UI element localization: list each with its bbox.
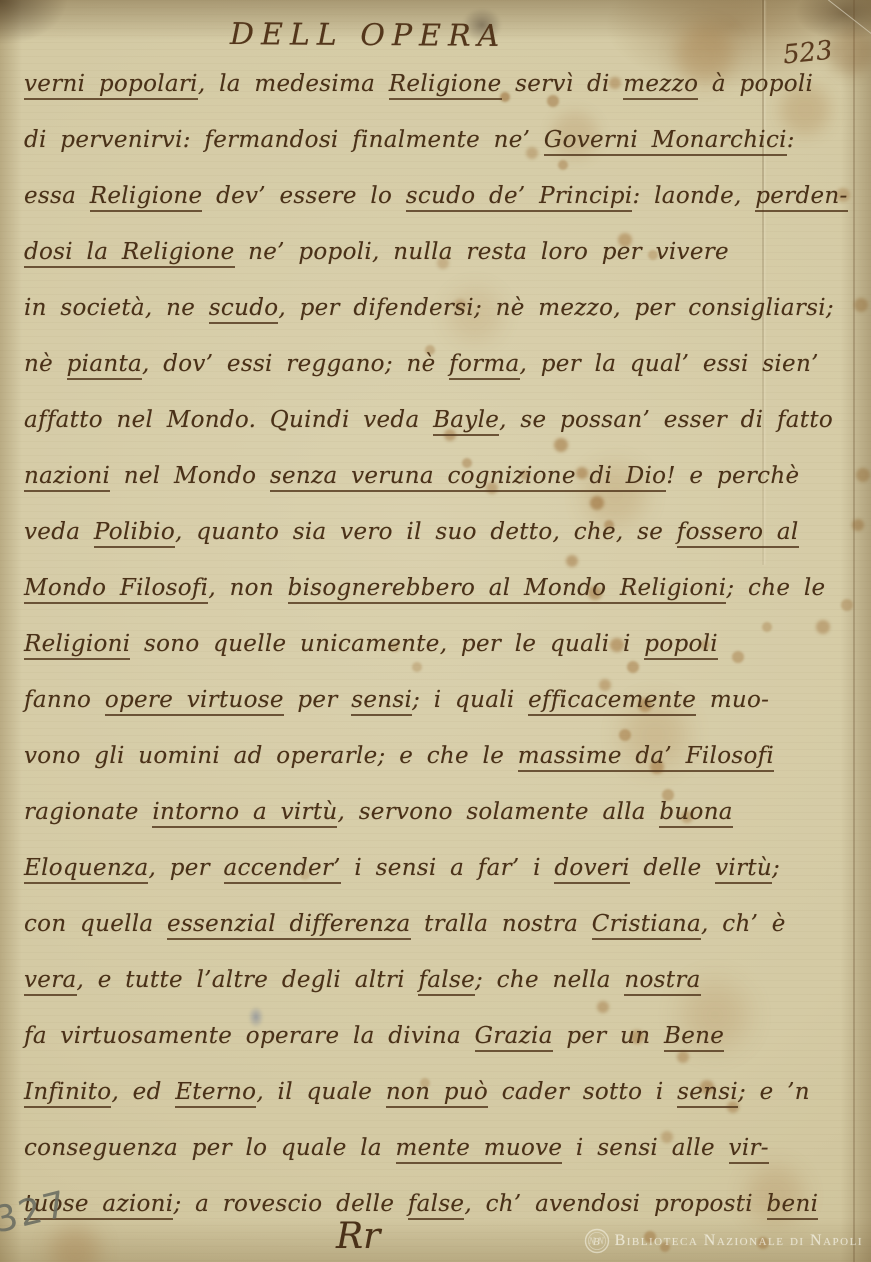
svg-text:N: N [596, 1236, 605, 1246]
manuscript-line: conseguenza per lo quale la mente muove … [24, 1120, 834, 1176]
paper-fiber [828, 0, 871, 37]
manuscript-line: Mondo Filosofi, non bisognerebbero al Mo… [24, 560, 834, 616]
manuscript-line: fanno opere virtuose per sensi; i quali … [24, 672, 834, 728]
manuscript-line: in società, ne scudo, per difendersi; nè… [24, 280, 834, 336]
manuscript-line: ragionate intorno a virtù, servono solam… [24, 784, 834, 840]
page-header-title: DELL OPERA [230, 17, 507, 54]
manuscript-line: Eloquenza, per accender’ i sensi a far’ … [24, 840, 834, 896]
library-watermark: B N N Biblioteca Nazionale di Napoli [584, 1228, 863, 1254]
manuscript-line: affatto nel Mondo. Quindi veda Bayle, se… [24, 392, 834, 448]
library-watermark-label: Biblioteca Nazionale di Napoli [615, 1232, 863, 1250]
manuscript-line: Infinito, ed Eterno, il quale non può ca… [24, 1064, 834, 1120]
manuscript-line: Religioni sono quelle unicamente, per le… [24, 616, 834, 672]
catchword: Rr [336, 1216, 380, 1257]
manuscript-line: dosi la Religione ne’ popoli, nulla rest… [24, 224, 834, 280]
manuscript-line: vono gli uomini ad operarle; e che le ma… [24, 728, 834, 784]
svg-text:N: N [587, 1236, 596, 1246]
manuscript-line: vera, e tutte l’altre degli altri false;… [24, 952, 834, 1008]
manuscript-line: essa Religione dev’ essere lo scudo de’ … [24, 168, 834, 224]
manuscript-line: fa virtuosamente operare la divina Grazi… [24, 1008, 834, 1064]
page-edge [853, 0, 855, 1262]
manuscript-page: DELL OPERA 523 verni popolari, la medesi… [0, 0, 871, 1262]
manuscript-line: tuose azioni; a rovescio delle false, ch… [24, 1176, 834, 1232]
manuscript-text: verni popolari, la medesima Religione se… [24, 56, 834, 1232]
pencil-foliation: 327 [0, 1184, 73, 1242]
manuscript-line: veda Polibio, quanto sia vero il suo det… [24, 504, 834, 560]
library-logo-icon: B N N [584, 1228, 610, 1254]
manuscript-line: nè pianta, dov’ essi reggano; nè forma, … [24, 336, 834, 392]
manuscript-line: con quella essenzial differenza tralla n… [24, 896, 834, 952]
stain-spots [0, 0, 10, 10]
manuscript-line: nazioni nel Mondo senza veruna cognizion… [24, 448, 834, 504]
manuscript-line: verni popolari, la medesima Religione se… [24, 56, 834, 112]
manuscript-line: di pervenirvi: fermandosi finalmente ne’… [24, 112, 834, 168]
